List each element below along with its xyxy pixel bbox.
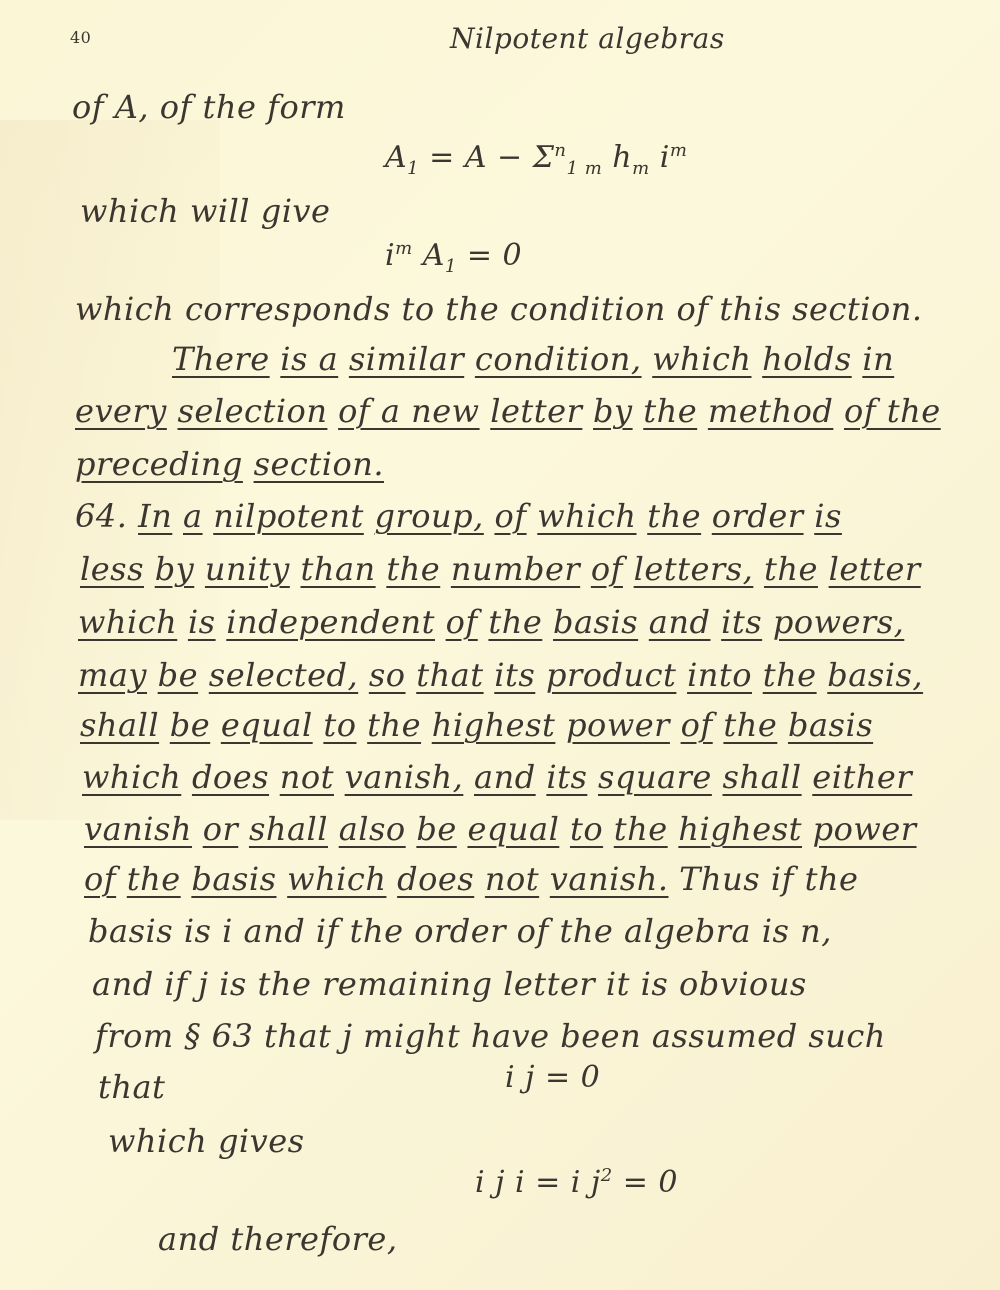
word: shall (249, 810, 328, 848)
word: In (138, 497, 172, 535)
text-line: every selection of a new letter by the m… (75, 392, 941, 430)
word: square (598, 758, 712, 796)
word: power (566, 706, 670, 744)
word: the (614, 810, 668, 848)
eq-term: i j i = i j (475, 1165, 601, 1200)
word: the (647, 497, 701, 535)
word: of (494, 497, 526, 535)
word: of (681, 706, 713, 744)
word: vanish. (550, 860, 669, 898)
word: the (127, 860, 181, 898)
word: every (75, 392, 167, 430)
text-line: and if j is the remaining letter it is o… (92, 965, 807, 1003)
text-line: of A, of the form (72, 88, 346, 126)
equation-1: A1 = A − Σn1 m hm im (385, 140, 687, 179)
word: independent (226, 603, 435, 641)
word: also (339, 810, 406, 848)
word: which (652, 340, 751, 378)
text-line: basis is i and if the order of the algeb… (88, 912, 832, 950)
word: be (416, 810, 456, 848)
word: the (488, 603, 542, 641)
text-line: which gives (108, 1122, 305, 1160)
word: vanish, (345, 758, 464, 796)
text-line: may be selected, so that its product int… (78, 656, 923, 694)
word: the (723, 706, 777, 744)
word: is (188, 603, 216, 641)
eq-superscript: 2 (601, 1165, 613, 1186)
section-64-heading-line: 64. In a nilpotent group, of which the o… (75, 497, 842, 535)
word: powers, (773, 603, 904, 641)
word: to (570, 810, 603, 848)
word: selection (178, 392, 328, 430)
word: similar (349, 340, 464, 378)
text-line: less by unity than the number of letters… (80, 550, 921, 588)
text-line: There is a similar condition, which hold… (172, 340, 894, 378)
text-line: and therefore, (158, 1220, 398, 1258)
word: so (369, 656, 406, 694)
word: There (172, 340, 270, 378)
word: shall (723, 758, 802, 796)
text-line: of the basis which does not vanish. Thus… (84, 860, 858, 898)
word: basis (553, 603, 638, 641)
word: that (416, 656, 483, 694)
word: to (323, 706, 356, 744)
word: does (192, 758, 269, 796)
word: group, (375, 497, 484, 535)
eq-term: = 0 (613, 1165, 678, 1200)
eq-superscript: n (554, 140, 566, 161)
word: the (764, 550, 818, 588)
word: nilpotent (213, 497, 364, 535)
word: holds (762, 340, 852, 378)
word: may (78, 656, 147, 694)
word: and (474, 758, 536, 796)
word: letter (490, 392, 582, 430)
eq-term: = A − Σ (419, 140, 554, 175)
word: which (537, 497, 636, 535)
word: does (397, 860, 474, 898)
text-line: vanish or shall also be equal to the hig… (84, 810, 917, 848)
eq-term: = 0 (457, 238, 522, 273)
section-number: 64. (75, 497, 127, 535)
equation-2: im A1 = 0 (385, 238, 522, 277)
word: a (183, 497, 203, 535)
word: order (712, 497, 804, 535)
word: be (170, 706, 210, 744)
eq-superscript: m (395, 238, 413, 259)
word: letter (829, 550, 921, 588)
equation-3: i j = 0 (505, 1060, 600, 1095)
word: not (280, 758, 334, 796)
word: of (84, 860, 116, 898)
word: its (721, 603, 762, 641)
text-line: shall be equal to the highest power of t… (80, 706, 873, 744)
word: of (446, 603, 478, 641)
word: equal (467, 810, 559, 848)
word: Thus if the (679, 860, 858, 898)
word: shall (80, 706, 159, 744)
word: highest (432, 706, 556, 744)
page-number: 40 (70, 28, 91, 47)
eq-term: i (650, 140, 670, 175)
eq-subscript: 1 (407, 158, 419, 179)
eq-subscript: m (632, 158, 650, 179)
word: by (155, 550, 195, 588)
word: into (687, 656, 752, 694)
word: or (203, 810, 239, 848)
text-line: that (98, 1068, 165, 1106)
eq-superscript: m (670, 140, 688, 161)
word: is a (280, 340, 338, 378)
text-line: from § 63 that j might have been assumed… (95, 1017, 886, 1055)
word: highest (678, 810, 802, 848)
word: basis (191, 860, 276, 898)
text-line: which is independent of the basis and it… (78, 603, 904, 641)
text-line: which will give (80, 192, 330, 230)
word: than (300, 550, 375, 588)
text-line: which does not vanish, and its square sh… (82, 758, 912, 796)
word: section. (254, 445, 384, 483)
word: vanish (84, 810, 192, 848)
word: and (649, 603, 711, 641)
word: its (546, 758, 587, 796)
word: is (814, 497, 842, 535)
word: letters, (634, 550, 754, 588)
word: selected, (209, 656, 358, 694)
equation-4: i j i = i j2 = 0 (475, 1165, 678, 1200)
word: by (593, 392, 633, 430)
word: the (367, 706, 421, 744)
eq-term: A (413, 238, 445, 273)
manuscript-page: 40 Nilpotent algebras of A, of the form … (0, 0, 1000, 1290)
text-line: preceding section. (75, 445, 384, 483)
word: preceding (75, 445, 243, 483)
word: the (763, 656, 817, 694)
eq-subscript: 1 m (567, 158, 603, 179)
word: basis, (827, 656, 923, 694)
word: power (813, 810, 917, 848)
word: equal (221, 706, 313, 744)
word: which (78, 603, 177, 641)
running-title: Nilpotent algebras (450, 22, 725, 55)
word: be (158, 656, 198, 694)
word: in (862, 340, 894, 378)
word: basis (788, 706, 873, 744)
word: either (812, 758, 912, 796)
word: which (287, 860, 386, 898)
word: of (591, 550, 623, 588)
word: method (708, 392, 834, 430)
word: which (82, 758, 181, 796)
eq-subscript: 1 (445, 256, 457, 277)
word: of a new (338, 392, 479, 430)
eq-term: h (602, 140, 632, 175)
word: less (80, 550, 144, 588)
word: not (485, 860, 539, 898)
word: product (546, 656, 676, 694)
word: condition, (475, 340, 642, 378)
word: of the (844, 392, 941, 430)
word: the (386, 550, 440, 588)
eq-term: A (385, 140, 407, 175)
word: number (451, 550, 580, 588)
text-line: which corresponds to the condition of th… (75, 290, 923, 328)
word: the (643, 392, 697, 430)
eq-term: i (385, 238, 395, 273)
word: its (494, 656, 535, 694)
word: unity (205, 550, 290, 588)
